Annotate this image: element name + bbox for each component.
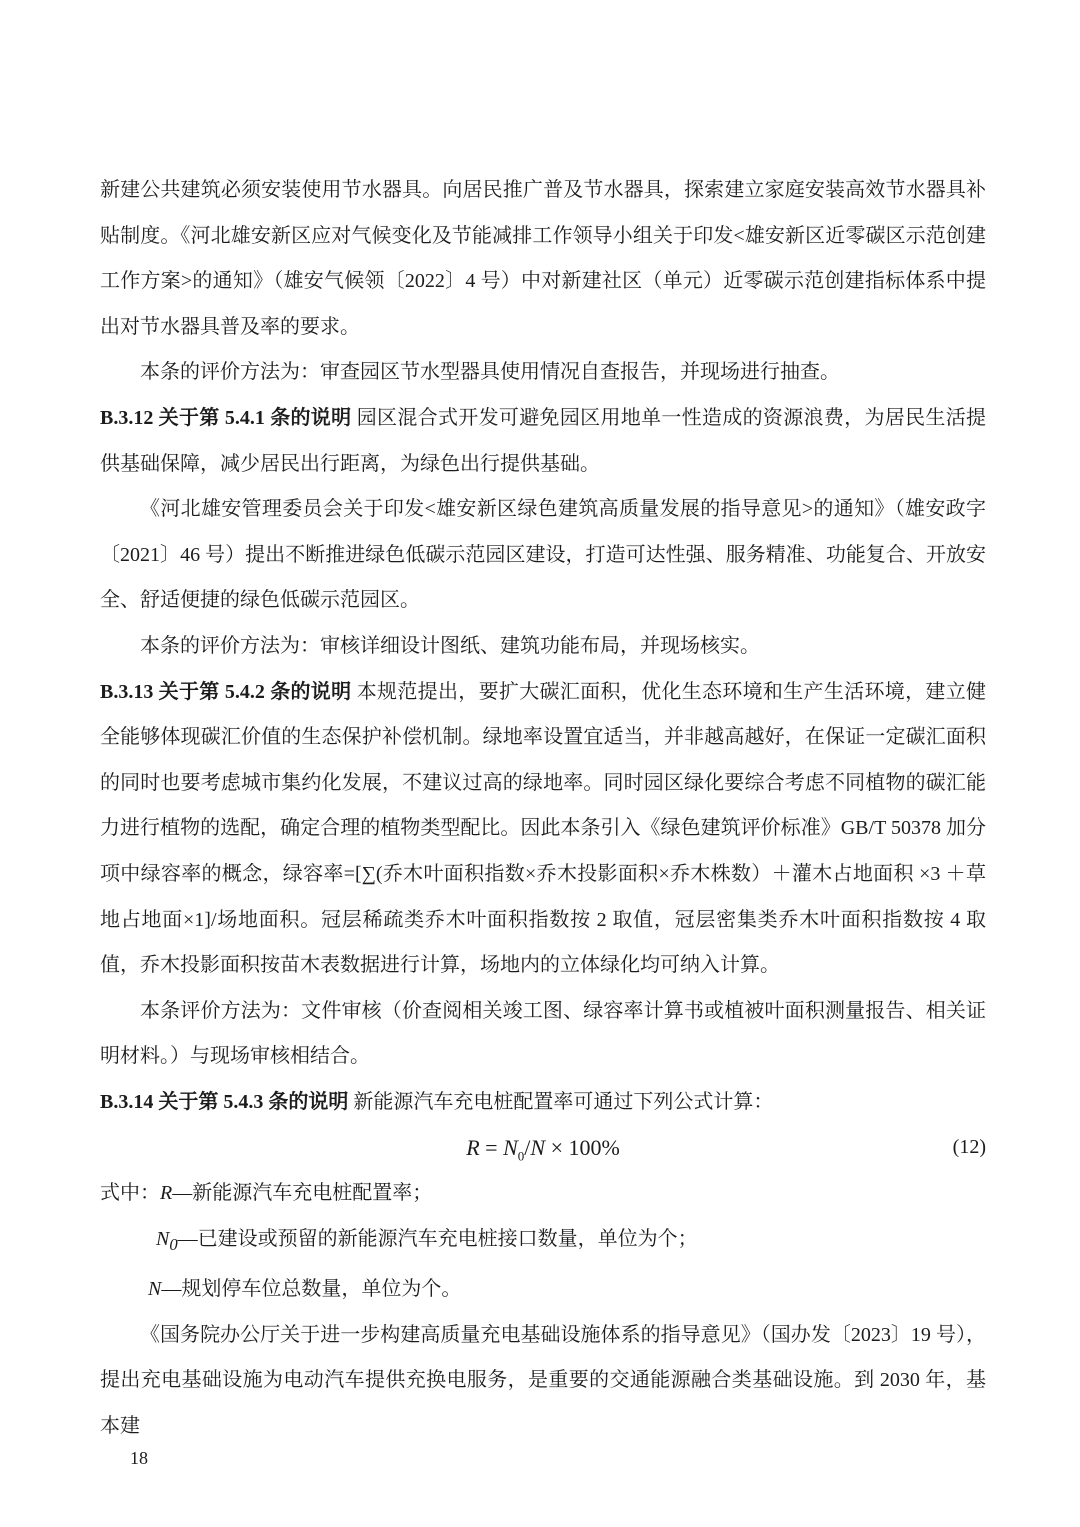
text-run: 《河北雄安管理委员会关于印发<雄安新区绿色建筑高质量发展的指导意见>的通知》（雄…: [100, 498, 986, 611]
text-run: N: [156, 1228, 169, 1250]
text-run: 《国务院办公厅关于进一步构建高质量充电基础设施体系的指导意见》（国办发〔2023…: [100, 1324, 986, 1437]
text-run: N: [530, 1135, 545, 1160]
paragraph: N—规划停车位总数量，单位为个。: [100, 1267, 986, 1313]
clause-heading: B.3.14 关于第 5.4.3 条的说明: [100, 1091, 348, 1113]
text-run: 0: [169, 1235, 177, 1254]
paragraph: 《河北雄安管理委员会关于印发<雄安新区绿色建筑高质量发展的指导意见>的通知》（雄…: [100, 487, 986, 624]
text-run: N: [503, 1135, 518, 1160]
page-body: 新建公共建筑必须安装使用节水器具。向居民推广普及节水器具，探索建立家庭安装高效节…: [100, 168, 986, 1470]
paragraph: 式中：R—新能源汽车充电桩配置率；: [100, 1171, 986, 1217]
text-run: R: [160, 1182, 172, 1204]
paragraph: B.3.14 关于第 5.4.3 条的说明 新能源汽车充电桩配置率可通过下列公式…: [100, 1080, 986, 1126]
paragraph: 本条评价方法为：文件审核（价查阅相关竣工图、绿容率计算书或植被叶面积测量报告、相…: [100, 989, 986, 1080]
clause-heading: B.3.12 关于第 5.4.1 条的说明: [100, 407, 351, 429]
text-run: 本条的评价方法为：审核详细设计图纸、建筑功能布局，并现场核实。: [140, 635, 760, 657]
text-run: N: [148, 1278, 161, 1300]
paragraph: 本条的评价方法为：审查园区节水型器具使用情况自查报告，并现场进行抽查。: [100, 350, 986, 396]
text-run: 新建公共建筑必须安装使用节水器具。向居民推广普及节水器具，探索建立家庭安装高效节…: [100, 179, 986, 338]
text-run: —新能源汽车充电桩配置率；: [172, 1182, 432, 1204]
text-run: —规划停车位总数量，单位为个。: [161, 1278, 461, 1300]
text-run: —已建设或预留的新能源汽车充电桩接口数量，单位为个；: [178, 1228, 698, 1250]
text-run: 式中：: [100, 1182, 160, 1204]
text-run: =: [480, 1135, 503, 1160]
text-run: × 100%: [545, 1135, 620, 1160]
document-page: 新建公共建筑必须安装使用节水器具。向居民推广普及节水器具，探索建立家庭安装高效节…: [0, 0, 1080, 1527]
paragraph: 新建公共建筑必须安装使用节水器具。向居民推广普及节水器具，探索建立家庭安装高效节…: [100, 168, 986, 350]
text-run: R: [466, 1135, 479, 1160]
text-run: 本条评价方法为：文件审核（价查阅相关竣工图、绿容率计算书或植被叶面积测量报告、相…: [100, 1000, 986, 1068]
paragraph: 《国务院办公厅关于进一步构建高质量充电基础设施体系的指导意见》（国办发〔2023…: [100, 1313, 986, 1450]
text-run: 本规范提出，要扩大碳汇面积，优化生态环境和生产生活环境，建立健全能够体现碳汇价值…: [100, 681, 986, 977]
paragraph: 本条的评价方法为：审核详细设计图纸、建筑功能布局，并现场核实。: [100, 624, 986, 670]
paragraph: N0—已建设或预留的新能源汽车充电桩接口数量，单位为个；: [100, 1217, 986, 1268]
page-number: 18: [100, 1446, 986, 1470]
text-run: 新能源汽车充电桩配置率可通过下列公式计算：: [348, 1091, 773, 1113]
equation: R = N0/N × 100%(12): [100, 1125, 986, 1171]
clause-heading: B.3.13 关于第 5.4.2 条的说明: [100, 681, 351, 703]
paragraph: B.3.13 关于第 5.4.2 条的说明 本规范提出，要扩大碳汇面积，优化生态…: [100, 670, 986, 989]
paragraph: B.3.12 关于第 5.4.1 条的说明 园区混合式开发可避免园区用地单一性造…: [100, 396, 986, 487]
text-run: 本条的评价方法为：审查园区节水型器具使用情况自查报告，并现场进行抽查。: [140, 361, 840, 383]
equation-number: (12): [953, 1125, 986, 1171]
